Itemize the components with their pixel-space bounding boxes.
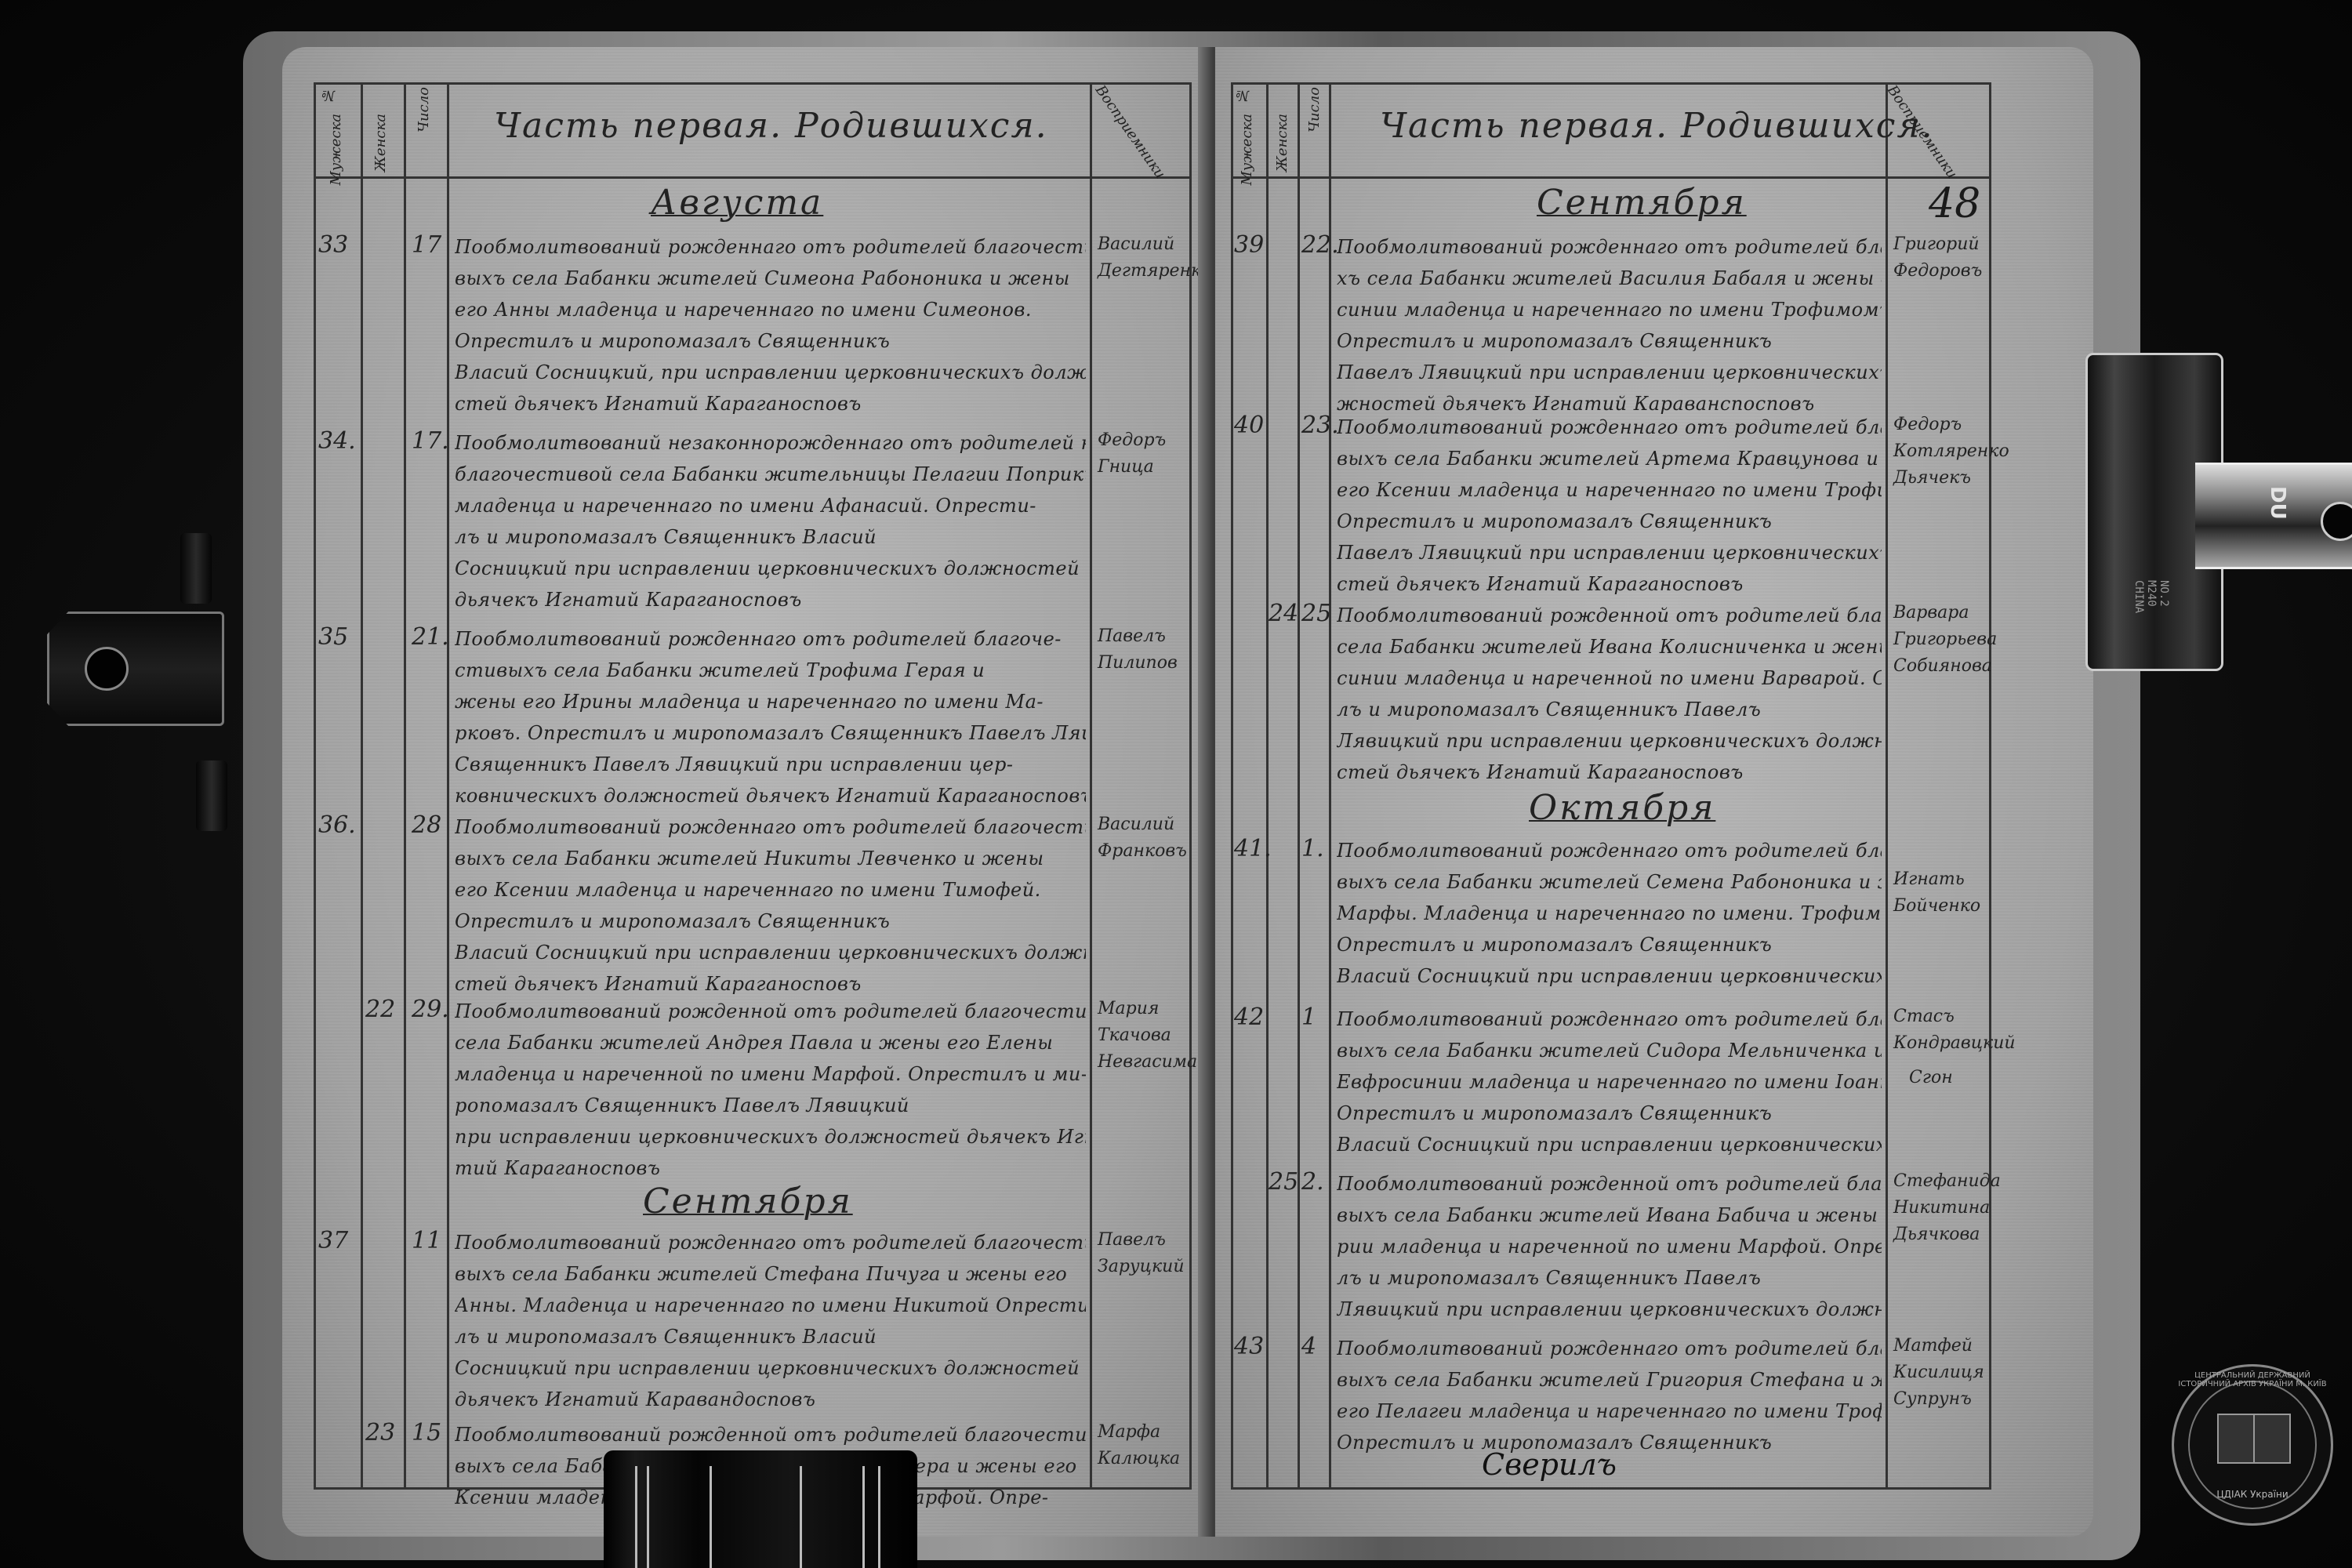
entry-godparents: Григорий Федоровъ: [1893, 231, 1982, 285]
month-heading: Октября: [1529, 788, 1715, 828]
rule-col-day: [404, 82, 406, 1490]
entry-text: Пообмолитвований рожденнаго отъ родителе…: [1337, 1333, 1882, 1458]
entry-number-male: 35: [318, 623, 348, 651]
entry-day: 22.: [1301, 231, 1339, 259]
rule-col-female: [1266, 82, 1269, 1490]
entry-number-female: 23: [365, 1419, 395, 1446]
entry-text: Пообмолитвований рожденной отъ родителей…: [1337, 600, 1882, 788]
clip-hole: [85, 647, 129, 691]
rule-col-male: [314, 82, 316, 1490]
col-head-number: №: [320, 87, 336, 103]
rule-col-right: [1989, 82, 1991, 1490]
entry-godparents: Матфей Кисилиця Супрунъ: [1893, 1333, 1984, 1413]
rule-col-female: [361, 82, 363, 1490]
rule-col-text: [447, 82, 449, 1490]
entry-day: 25: [1301, 600, 1331, 627]
entry-godparents: Игнать Бойченко: [1893, 866, 1980, 920]
entry-godparents: Василий Франковъ: [1098, 811, 1187, 865]
entry-text: Пообмолитвований рожденной отъ родителей…: [1337, 1168, 1882, 1325]
entry-godparents: Марфа Калюцка: [1098, 1419, 1180, 1472]
month-heading: Сентября: [643, 1181, 853, 1221]
folio-number: 48: [1929, 180, 1980, 227]
right-binder-clip: DU NO.2 M240 CHINA: [2085, 353, 2352, 666]
margin-note: Сгон: [1893, 1065, 2016, 1091]
entry-godparents: Федоръ Гница: [1098, 427, 1166, 481]
entry-number-male: 33: [318, 231, 348, 259]
entry-number-male: 41.: [1234, 835, 1272, 862]
rule-bottom: [1231, 1487, 1991, 1490]
entry-text: Пообмолитвований рожденнаго отъ родителе…: [1337, 1004, 1882, 1160]
page-title: Часть первая. Родившихся.: [494, 106, 1048, 146]
col-head-male: Мужеска: [1239, 114, 1255, 186]
col-head-day: Число: [1306, 87, 1323, 132]
rule-col-godparents: [1886, 82, 1888, 1490]
col-head-day: Число: [416, 87, 432, 132]
entry-godparents: Стефанида Никитина Дьячкова: [1893, 1168, 2001, 1248]
entry-godparents: Василий Дегтяренко: [1098, 231, 1207, 285]
entry-number-male: 39: [1234, 231, 1264, 259]
entry-text: Пообмолитвований рожденной отъ родителей…: [455, 996, 1086, 1184]
entry-day: 17: [412, 231, 441, 259]
entry-number-male: 43: [1234, 1333, 1264, 1360]
entry-godparents: Варвара Григорьева Собиянова: [1893, 600, 1997, 680]
entry-text: Пообмолитвований рожденнаго отъ родителе…: [455, 231, 1086, 419]
entry-day: 17.: [412, 427, 449, 455]
col-head-male: Мужеска: [328, 114, 344, 186]
entry-day: 28: [412, 811, 441, 839]
entry-text: Пообмолитвований рожденнаго отъ родителе…: [1337, 412, 1882, 600]
rule-top: [1231, 82, 1991, 85]
bottom-binder-clip: [604, 1450, 917, 1568]
rule-col-text: [1329, 82, 1331, 1490]
entry-day: 21.: [412, 623, 449, 651]
entry-number-male: 34.: [318, 427, 356, 455]
seal-bottom-text: ЦДІАК України: [2174, 1489, 2331, 1500]
rule-col-godparents: [1090, 82, 1092, 1490]
entry-day: 1: [1301, 1004, 1316, 1031]
rule-col-right: [1189, 82, 1192, 1490]
rule-header-bottom: [314, 176, 1192, 179]
entry-day: 2.: [1301, 1168, 1324, 1196]
left-clip-pin: [196, 760, 227, 831]
left-binder-clip: [47, 612, 224, 726]
entry-text: Пообмолитвований рожденнаго отъ родителе…: [455, 623, 1086, 811]
month-heading: Сентября: [1537, 183, 1747, 223]
entry-day: 15: [412, 1419, 441, 1446]
rule-top: [314, 82, 1192, 85]
entry-number-male: 37: [318, 1227, 348, 1254]
rule-header-bottom: [1231, 176, 1991, 179]
entry-number-female: 22: [365, 996, 395, 1023]
month-heading: Августа: [651, 183, 823, 223]
rule-col-male: [1231, 82, 1233, 1490]
entry-godparents: Стасъ Кондравцкий Сгон: [1893, 1004, 2016, 1091]
entry-day: 11: [412, 1227, 441, 1254]
seal-ring-text: ЦЕНТРАЛЬНИЙ ДЕРЖАВНИЙ ІСТОРИЧНИЙ АРХІВ У…: [2174, 1371, 2331, 1388]
entry-godparents: Федоръ Котляренко Дьячекъ: [1893, 412, 2009, 492]
entry-text: Пообмолитвований незаконнорожденнаго отъ…: [455, 427, 1086, 615]
entry-day: 4: [1301, 1333, 1316, 1360]
entry-day: 23.: [1301, 412, 1339, 439]
clip-model-label: NO.2 M240 CHINA: [2132, 580, 2170, 613]
right-ruled-table: № Мужеска Женска Число Часть первая. Род…: [1231, 82, 1991, 1490]
metric-book-spread: № Мужеска Женска Число Часть первая. Род…: [235, 31, 2148, 1560]
col-head-female: Женска: [372, 114, 389, 172]
col-head-number: №: [1234, 87, 1250, 103]
entry-day: 29.: [412, 996, 449, 1023]
entry-godparents: Павелъ Заруцкий: [1098, 1227, 1185, 1280]
col-head-female: Женска: [1274, 114, 1290, 172]
entry-text: Пообмолитвований рожденнаго отъ родителе…: [1337, 231, 1882, 419]
right-page: № Мужеска Женска Число Часть первая. Род…: [1215, 47, 2093, 1537]
entry-day: 1.: [1301, 835, 1324, 862]
rule-col-day: [1298, 82, 1300, 1490]
clip-brand-label: DU: [2266, 486, 2289, 520]
entry-text: Пообмолитвований рожденнаго отъ родителе…: [1337, 835, 1882, 992]
entry-text: Пообмолитвований рожденнаго отъ родителе…: [455, 811, 1086, 1000]
entry-godparents: Павелъ Пилипов: [1098, 623, 1178, 677]
entry-number-male: 42: [1234, 1004, 1264, 1031]
open-book-icon: [2217, 1414, 2291, 1464]
entry-text: Пообмолитвований рожденнаго отъ родителе…: [455, 1227, 1086, 1415]
left-page: № Мужеска Женска Число Часть первая. Род…: [282, 47, 1207, 1537]
left-ruled-table: № Мужеска Женска Число Часть первая. Род…: [314, 82, 1192, 1490]
entry-number-female: 25: [1269, 1168, 1298, 1196]
entry-number-male: 40: [1234, 412, 1264, 439]
closing-signature: Сверилъ: [1482, 1447, 1617, 1482]
col-head-godparents: Восприемники: [1092, 82, 1169, 182]
archive-seal-logo: ЦЕНТРАЛЬНИЙ ДЕРЖАВНИЙ ІСТОРИЧНИЙ АРХІВ У…: [2172, 1364, 2333, 1526]
entry-godparents: Мария Ткачова Невгасима: [1098, 996, 1197, 1076]
entry-number-male: 36.: [318, 811, 356, 839]
page-title: Часть первая. Родившихся.: [1380, 106, 1934, 146]
entry-number-female: 24: [1269, 600, 1298, 627]
left-clip-pin: [180, 533, 212, 604]
